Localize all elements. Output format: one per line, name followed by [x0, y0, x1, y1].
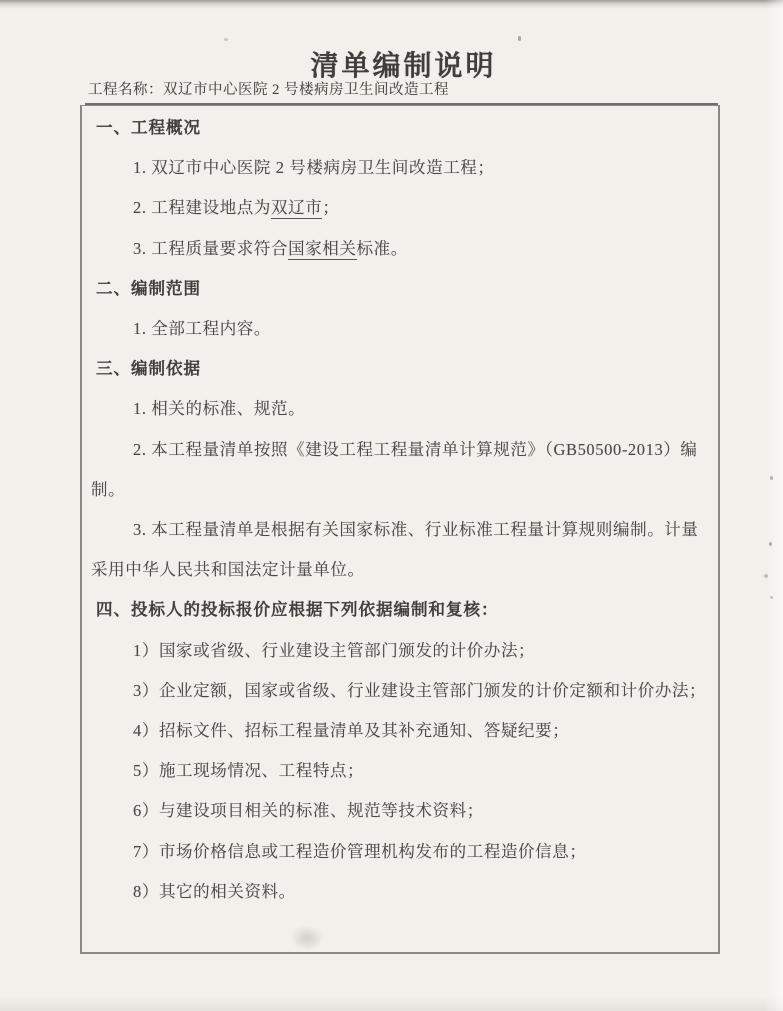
section-heading: 二、编制范围: [96, 278, 201, 300]
text-segment: 2. 工程建设地点为: [133, 198, 271, 217]
scan-speck: [764, 574, 768, 578]
scan-speck: [224, 38, 228, 41]
section-heading: 四、投标人的投标报价应根据下列依据编制和复核：: [96, 599, 499, 621]
doc-line: 7）市场价格信息或工程造价管理机构发布的工程造价信息；: [133, 841, 586, 863]
scan-speck: [770, 476, 773, 480]
text-segment: 标准。: [357, 239, 408, 258]
section-heading: 三、编制依据: [96, 358, 201, 380]
doc-line: 5）施工现场情况、工程特点；: [133, 760, 364, 782]
doc-line: 2. 本工程量清单按照《建设工程工程量清单计算规范》（GB50500-2013）…: [133, 439, 698, 461]
text-segment: ；: [322, 198, 339, 217]
project-name-line: 工程名称：双辽市中心医院 2 号楼病房卫生间改造工程: [85, 80, 718, 105]
doc-line: 1. 全部工程内容。: [133, 318, 271, 340]
doc-line: 2. 工程建设地点为双辽市；: [133, 197, 339, 219]
content-box: 一、工程概况1. 双辽市中心医院 2 号楼病房卫生间改造工程；2. 工程建设地点…: [80, 105, 720, 954]
doc-line: 3. 工程质量要求符合国家相关标准。: [133, 238, 408, 260]
doc-line: 1. 相关的标准、规范。: [133, 398, 305, 420]
doc-line: 3）企业定额，国家或省级、行业建设主管部门颁发的计价定额和计价办法；: [133, 680, 706, 702]
doc-line: 8）其它的相关资料。: [133, 881, 296, 903]
scan-speck: [770, 596, 773, 599]
scan-speck: [769, 542, 772, 546]
text-segment-underlined: 双辽市: [271, 198, 322, 219]
doc-line: 6）与建设项目相关的标准、规范等技术资料；: [133, 800, 484, 822]
doc-line: 1）国家或省级、行业建设主管部门颁发的计价办法；: [133, 640, 535, 662]
section-heading: 一、工程概况: [96, 117, 201, 139]
doc-line: 1. 双辽市中心医院 2 号楼病房卫生间改造工程；: [133, 157, 495, 179]
scan-speck: [518, 36, 521, 41]
doc-line: 3. 本工程量清单是根据有关国家标准、行业标准工程量计算规则编制。计量: [133, 519, 699, 541]
text-segment-underlined: 国家相关: [288, 239, 356, 260]
doc-line: 制。: [91, 479, 125, 501]
doc-line: 采用中华人民共和国法定计量单位。: [91, 559, 365, 581]
scanned-document-page: 清单编制说明 工程名称：双辽市中心医院 2 号楼病房卫生间改造工程 一、工程概况…: [0, 0, 783, 1011]
scan-smudge: [290, 925, 324, 951]
doc-line: 4）招标文件、招标工程量清单及其补充通知、答疑纪要；: [133, 720, 569, 742]
text-segment: 3. 工程质量要求符合: [133, 239, 288, 258]
project-name-text: 工程名称：双辽市中心医院 2 号楼病房卫生间改造工程: [88, 78, 449, 99]
